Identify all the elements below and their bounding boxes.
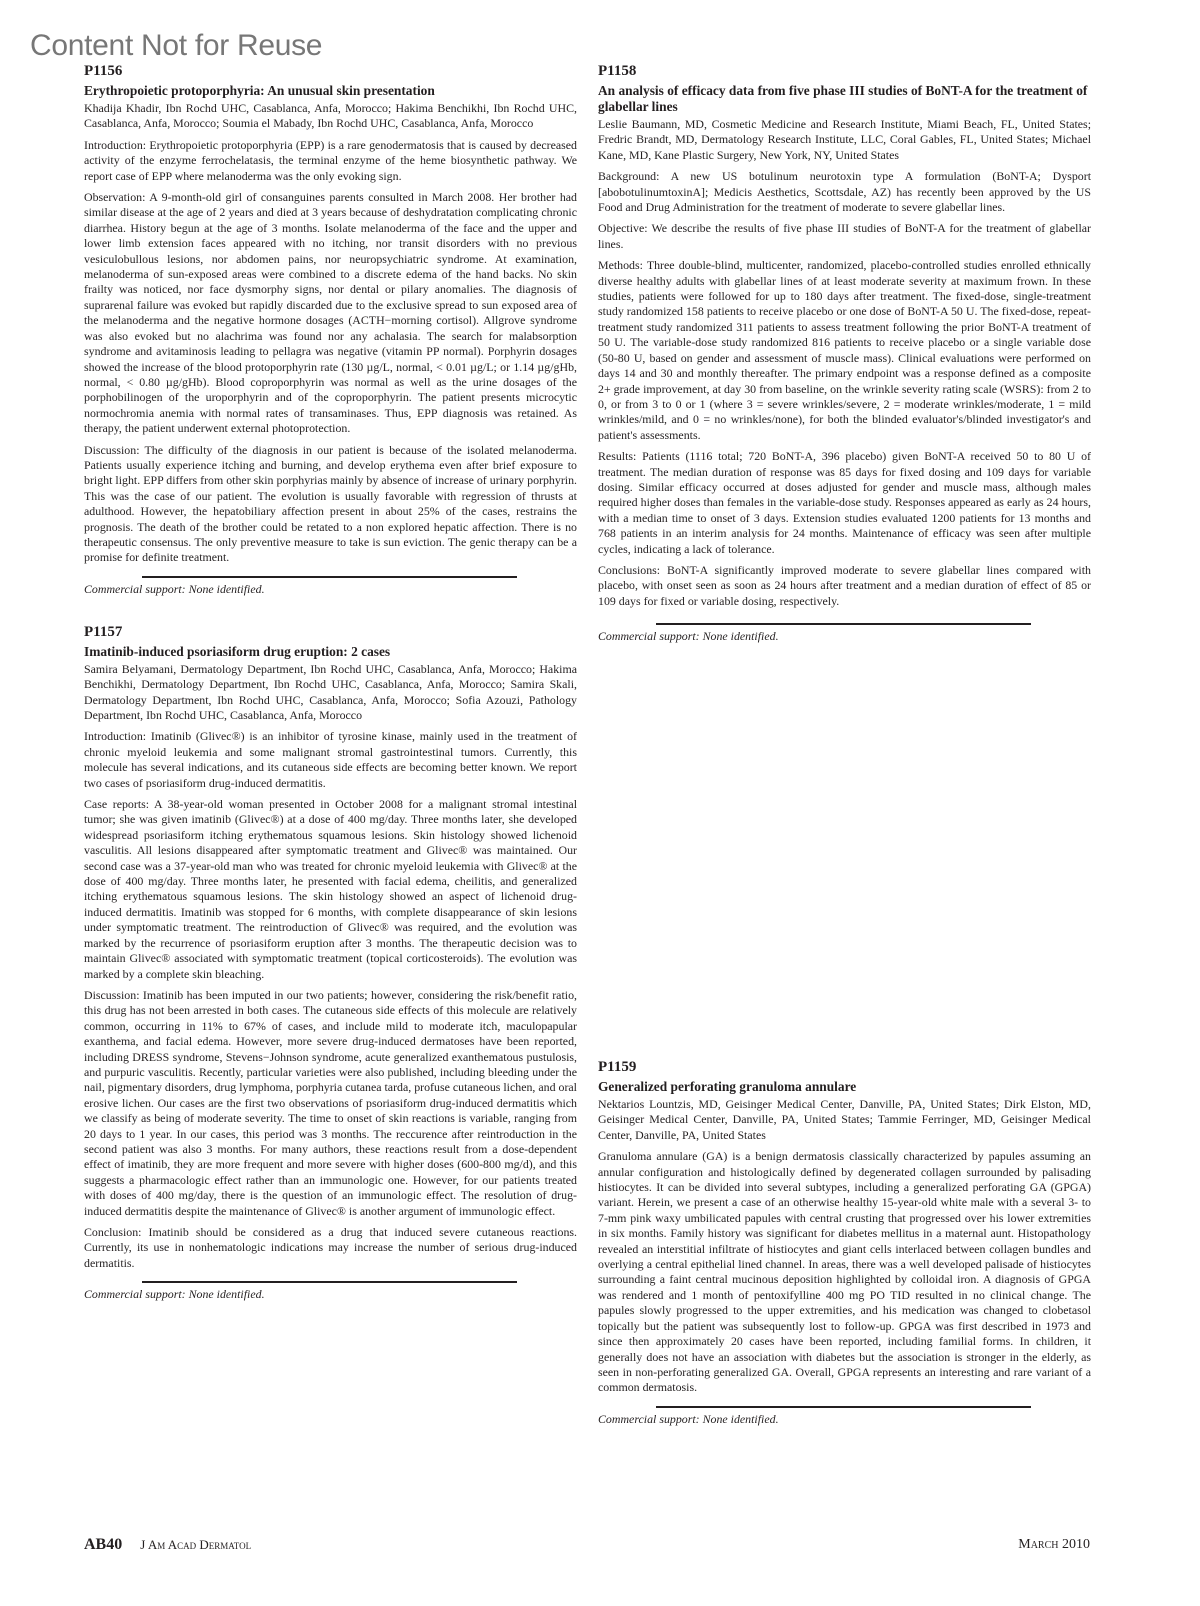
abstract-title: Generalized perforating granuloma annula… xyxy=(598,1079,1091,1095)
abstract-authors: Khadija Khadir, Ibn Rochd UHC, Casablanc… xyxy=(84,101,577,132)
abstract-id: P1157 xyxy=(84,623,577,641)
abstract-authors: Samira Belyamani, Dermatology Department… xyxy=(84,662,577,724)
abstract-results: Results: Patients (1116 total; 720 BoNT-… xyxy=(598,449,1091,557)
page-number: AB40 xyxy=(84,1536,122,1553)
divider xyxy=(656,623,1031,625)
abstract-p1156: P1156 Erythropoietic protoporphyria: An … xyxy=(84,62,577,597)
abstract-case-reports: Case reports: A 38-year-old woman presen… xyxy=(84,797,577,982)
divider xyxy=(142,1281,517,1283)
abstract-title: An analysis of efficacy data from five p… xyxy=(598,83,1091,115)
abstract-background: Background: A new US botulinum neurotoxi… xyxy=(598,169,1091,215)
commercial-support: Commercial support: None identified. xyxy=(84,1287,577,1302)
abstract-observation: Observation: A 9-month-old girl of consa… xyxy=(84,190,577,437)
abstract-p1159: P1159 Generalized perforating granuloma … xyxy=(598,1058,1091,1427)
right-column: P1158 An analysis of efficacy data from … xyxy=(598,62,1091,644)
abstract-id: P1159 xyxy=(598,1058,1091,1076)
abstract-introduction: Introduction: Imatinib (Glivec®) is an i… xyxy=(84,729,577,791)
watermark: Content Not for Reuse xyxy=(30,28,322,64)
page-footer-left: AB40 J Am Acad Dermatol xyxy=(84,1535,251,1555)
abstract-p1158: P1158 An analysis of efficacy data from … xyxy=(598,62,1091,644)
abstract-discussion: Discussion: The difficulty of the diagno… xyxy=(84,443,577,566)
abstract-conclusion: Conclusion: Imatinib should be considere… xyxy=(84,1225,577,1271)
abstract-id: P1158 xyxy=(598,62,1091,80)
abstract-conclusions: Conclusions: BoNT-A significantly improv… xyxy=(598,563,1091,609)
abstract-objective: Objective: We describe the results of fi… xyxy=(598,221,1091,252)
left-column: P1156 Erythropoietic protoporphyria: An … xyxy=(84,62,577,1302)
divider xyxy=(142,576,517,578)
abstract-methods: Methods: Three double-blind, multicenter… xyxy=(598,258,1091,443)
right-column-lower: P1159 Generalized perforating granuloma … xyxy=(598,1058,1091,1427)
abstract-title: Imatinib-induced psoriasiform drug erupt… xyxy=(84,644,577,660)
commercial-support: Commercial support: None identified. xyxy=(84,582,577,597)
issue-date: March 2010 xyxy=(1018,1535,1090,1555)
commercial-support: Commercial support: None identified. xyxy=(598,1412,1091,1427)
divider xyxy=(656,1406,1031,1408)
abstract-authors: Leslie Baumann, MD, Cosmetic Medicine an… xyxy=(598,117,1091,163)
abstract-id: P1156 xyxy=(84,62,577,80)
journal-name: J Am Acad Dermatol xyxy=(140,1537,251,1552)
abstract-title: Erythropoietic protoporphyria: An unusua… xyxy=(84,83,577,99)
abstract-introduction: Introduction: Erythropoietic protoporphy… xyxy=(84,138,577,184)
abstract-authors: Nektarios Lountzis, MD, Geisinger Medica… xyxy=(598,1097,1091,1143)
commercial-support: Commercial support: None identified. xyxy=(598,629,1091,644)
abstract-body: Granuloma annulare (GA) is a benign derm… xyxy=(598,1149,1091,1396)
abstract-p1157: P1157 Imatinib-induced psoriasiform drug… xyxy=(84,623,577,1302)
abstract-discussion: Discussion: Imatinib has been imputed in… xyxy=(84,988,577,1219)
